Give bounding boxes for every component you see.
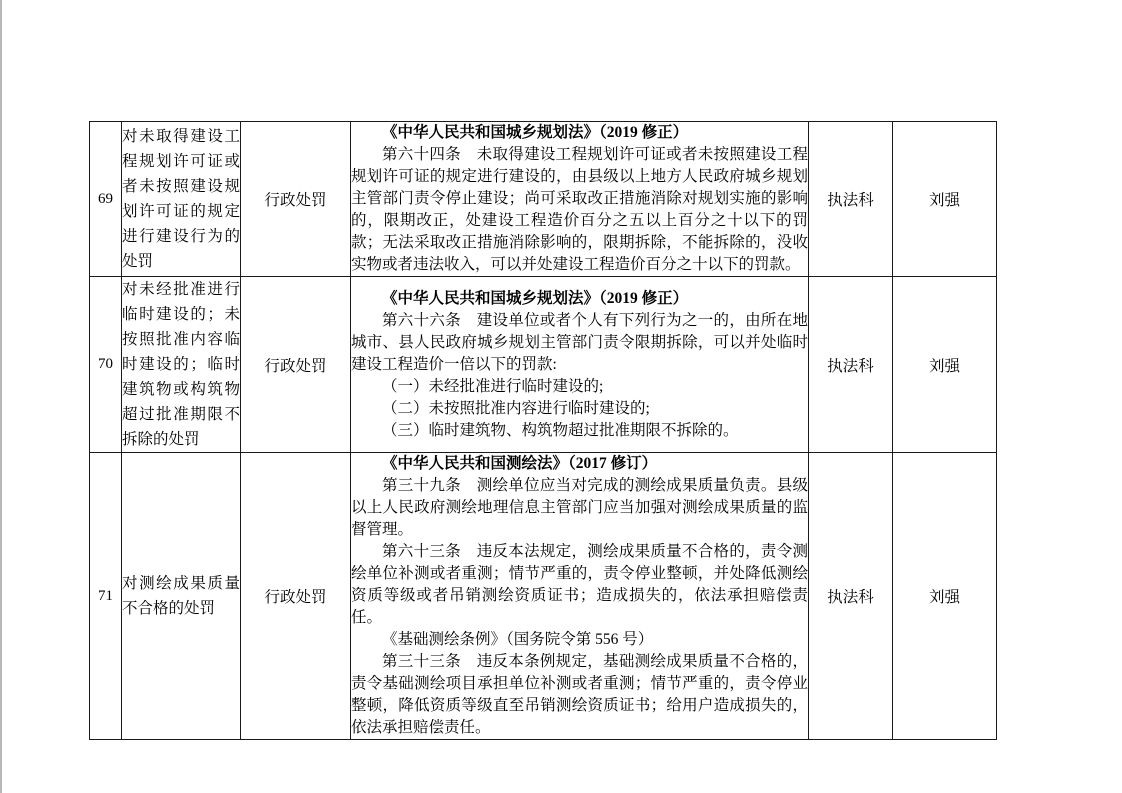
row-number-cell: 70 (90, 277, 122, 453)
legal-basis-paragraph: 第六十四条 未取得建设工程规划许可证或者未按照建设工程规划许可证的规定进行建设的… (351, 144, 808, 276)
legal-basis-paragraph: 第三十三条 违反本条例规定，基础测绘成果质量不合格的，责令基础测绘项目承担单位补… (351, 651, 808, 739)
law-title: 《中华人民共和国城乡规划法》（2019 修正） (351, 288, 808, 310)
legal-basis-paragraph: 第六十三条 违反本法规定，测绘成果质量不合格的，责令测绘单位补测或者重测；情节严… (351, 541, 808, 629)
legal-basis-cell: 《中华人民共和国城乡规划法》（2019 修正） 第六十六条 建设单位或者个人有下… (351, 277, 809, 453)
department-cell: 执法科 (809, 122, 893, 277)
legal-basis-paragraph: 第六十六条 建设单位或者个人有下列行为之一的，由所在地城市、县人民政府城乡规划主… (351, 310, 808, 376)
legal-basis-paragraph: 《基础测绘条例》（国务院令第 556 号） (351, 629, 808, 651)
penalty-items-table: 69 对未取得建设工程规划许可证或者未按照建设规划许可证的规定进行建设行为的处罚… (89, 121, 997, 740)
department-cell: 执法科 (809, 453, 893, 740)
law-title: 《中华人民共和国城乡规划法》（2019 修正） (351, 122, 808, 144)
handler-cell: 刘强 (893, 122, 997, 277)
legal-basis-cell: 《中华人民共和国城乡规划法》（2019 修正） 第六十四条 未取得建设工程规划许… (351, 122, 809, 277)
document-page: 69 对未取得建设工程规划许可证或者未按照建设规划许可证的规定进行建设行为的处罚… (0, 0, 1122, 793)
penalty-type-cell: 行政处罚 (241, 453, 351, 740)
table-row: 69 对未取得建设工程规划许可证或者未按照建设规划许可证的规定进行建设行为的处罚… (90, 122, 997, 277)
row-number-cell: 69 (90, 122, 122, 277)
penalty-type-cell: 行政处罚 (241, 122, 351, 277)
penalty-type-cell: 行政处罚 (241, 277, 351, 453)
penalty-item-cell: 对未取得建设工程规划许可证或者未按照建设规划许可证的规定进行建设行为的处罚 (122, 122, 241, 277)
penalty-item-cell: 对未经批准进行临时建设的；未按照批准内容临时建设的；临时建筑物或构筑物超过批准期… (122, 277, 241, 453)
legal-basis-paragraph: （一）未经批准进行临时建设的; (351, 376, 808, 398)
legal-basis-cell: 《中华人民共和国测绘法》（2017 修订） 第三十九条 测绘单位应当对完成的测绘… (351, 453, 809, 740)
department-cell: 执法科 (809, 277, 893, 453)
penalty-item-cell: 对测绘成果质量不合格的处罚 (122, 453, 241, 740)
table-row: 71 对测绘成果质量不合格的处罚 行政处罚 《中华人民共和国测绘法》（2017 … (90, 453, 997, 740)
law-title: 《中华人民共和国测绘法》（2017 修订） (351, 453, 808, 475)
legal-basis-paragraph: （二）未按照批准内容进行临时建设的; (351, 398, 808, 420)
legal-basis-paragraph: （三）临时建筑物、构筑物超过批准期限不拆除的。 (351, 420, 808, 442)
table-row: 70 对未经批准进行临时建设的；未按照批准内容临时建设的；临时建筑物或构筑物超过… (90, 277, 997, 453)
page-left-edge (0, 0, 2, 793)
handler-cell: 刘强 (893, 277, 997, 453)
handler-cell: 刘强 (893, 453, 997, 740)
row-number-cell: 71 (90, 453, 122, 740)
legal-basis-paragraph: 第三十九条 测绘单位应当对完成的测绘成果质量负责。县级以上人民政府测绘地理信息主… (351, 475, 808, 541)
